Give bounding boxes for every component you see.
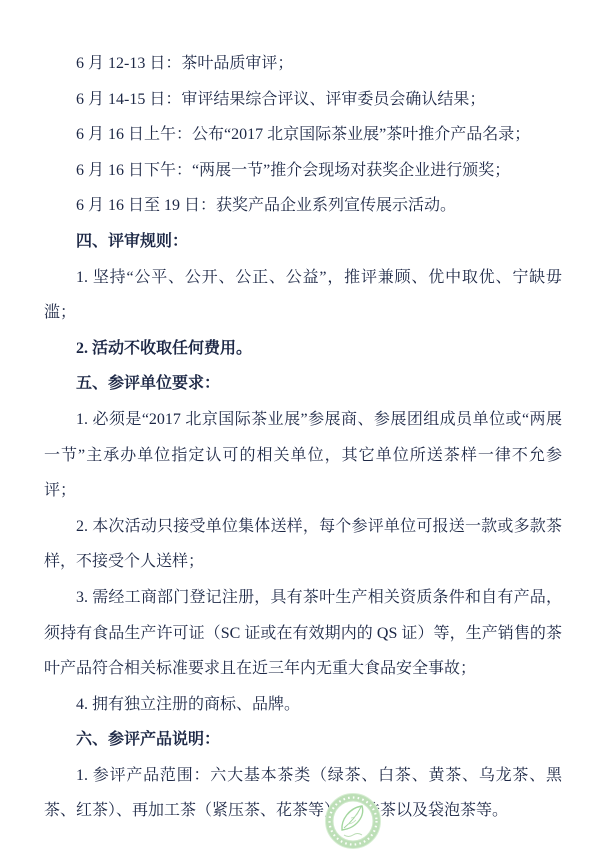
schedule-line-award-ceremony: 6 月 16 日下午：“两展一节”推介会现场对获奖企业进行颁奖； [44, 153, 562, 189]
schedule-line-result-review: 6 月 14-15 日：审评结果综合评议、评审委员会确认结果； [44, 82, 562, 118]
unit-requirement-item-1: 1. 必须是“2017 北京国际茶业展”参展商、参展团组成员单位或“两展一节”主… [44, 402, 562, 509]
document-page: 6 月 12-13 日：茶叶品质审评； 6 月 14-15 日：审评结果综合评议… [0, 0, 594, 857]
section-heading-unit-requirements: 五、参评单位要求： [44, 366, 562, 402]
unit-requirement-item-4: 4. 拥有独立注册的商标、品牌。 [44, 687, 562, 723]
schedule-line-exhibition: 6 月 16 日至 19 日：获奖产品企业系列宣传展示活动。 [44, 188, 562, 224]
unit-requirement-item-2: 2. 本次活动只接受单位集体送样，每个参评单位可报送一款或多款茶样，不接受个人送… [44, 509, 562, 580]
review-rule-item-2: 2. 活动不收取任何费用。 [44, 331, 562, 367]
schedule-line-announcement: 6 月 16 日上午：公布“2017 北京国际茶业展”茶叶推介产品名录； [44, 117, 562, 153]
review-rule-item-1: 1. 坚持“公平、公开、公正、公益”，推评兼顾、优中取优、宁缺毋滥； [44, 260, 562, 331]
schedule-line-quality-review: 6 月 12-13 日：茶叶品质审评； [44, 46, 562, 82]
section-heading-product-description: 六、参评产品说明： [44, 722, 562, 758]
product-scope-item-1: 1. 参评产品范围：六大基本茶类（绿茶、白茶、黄茶、乌龙茶、黑茶、红茶）、再加工… [44, 758, 562, 829]
leaf-seal-watermark [324, 793, 382, 851]
unit-requirement-item-3: 3. 需经工商部门登记注册，具有茶叶生产相关资质条件和自有产品，须持有食品生产许… [44, 580, 562, 687]
document-body: 6 月 12-13 日：茶叶品质审评； 6 月 14-15 日：审评结果综合评议… [44, 46, 562, 829]
section-heading-review-rules: 四、评审规则： [44, 224, 562, 260]
